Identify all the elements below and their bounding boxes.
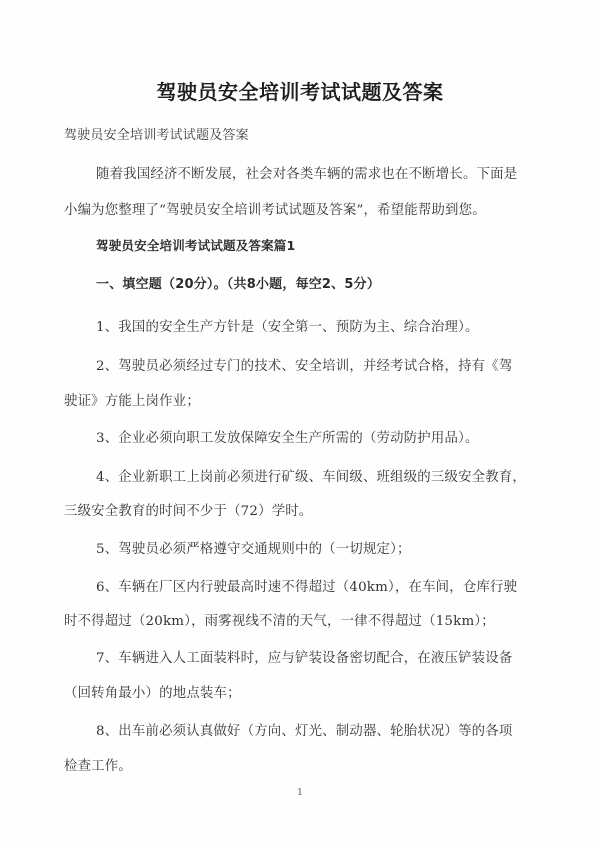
question-2-line-1: 2、驾驶员必须经过专门的技术、安全培训，并经考试合格，持有《驾 bbox=[96, 355, 512, 374]
question-8-line-2: 检查工作。 bbox=[64, 755, 132, 774]
section-heading: 驾驶员安全培训考试试题及答案篇1 bbox=[96, 236, 295, 254]
question-6-line-1: 6、车辆在厂区内行驶最高时速不得超过（40km），在车间，仓库行驶 bbox=[96, 576, 517, 595]
document-subtitle: 驾驶员安全培训考试试题及答案 bbox=[64, 124, 249, 143]
part-heading: 一、填空题（20分）。（共8小题，每空2、5分） bbox=[96, 273, 380, 292]
page-number: 1 bbox=[0, 788, 600, 798]
question-2-line-2: 驶证》方能上岗作业； bbox=[64, 390, 200, 409]
question-6-line-2: 时不得超过（20km），雨雾视线不清的天气，一律不得超过（15km）； bbox=[64, 610, 495, 629]
intro-line-2: 小编为您整理了“驾驶员安全培训考试试题及答案”，希望能帮助到您。 bbox=[64, 199, 486, 218]
intro-line-1: 随着我国经济不断发展，社会对各类车辆的需求也在不断增长。下面是 bbox=[96, 163, 517, 182]
question-3-line-1: 3、企业必须向职工发放保障安全生产所需的（劳动防护用品）。 bbox=[96, 427, 479, 446]
document-page: 驾驶员安全培训考试试题及答案 驾驶员安全培训考试试题及答案 随着我国经济不断发展… bbox=[0, 0, 600, 848]
question-7-line-2: （回转角最小）的地点装车； bbox=[64, 682, 241, 701]
question-4-line-2: 三级安全教育的时间不少于（72）学时。 bbox=[64, 500, 312, 519]
question-8-line-1: 8、出车前必须认真做好（方向、灯光、制动器、轮胎状况）等的各项 bbox=[96, 720, 512, 739]
document-title: 驾驶员安全培训考试试题及答案 bbox=[0, 76, 600, 105]
question-5-line-1: 5、驾驶员必须严格遵守交通规则中的（一切规定）； bbox=[96, 538, 411, 557]
question-1-line-1: 1、我国的安全生产方针是（安全第一、预防为主、综合治理）。 bbox=[96, 316, 479, 335]
question-7-line-1: 7、车辆进入人工面装料时，应与铲装设备密切配合，在液压铲装设备 bbox=[96, 647, 512, 666]
question-4-line-1: 4、企业新职工上岗前必须进行矿级、车间级、班组级的三级安全教育， bbox=[96, 466, 526, 485]
